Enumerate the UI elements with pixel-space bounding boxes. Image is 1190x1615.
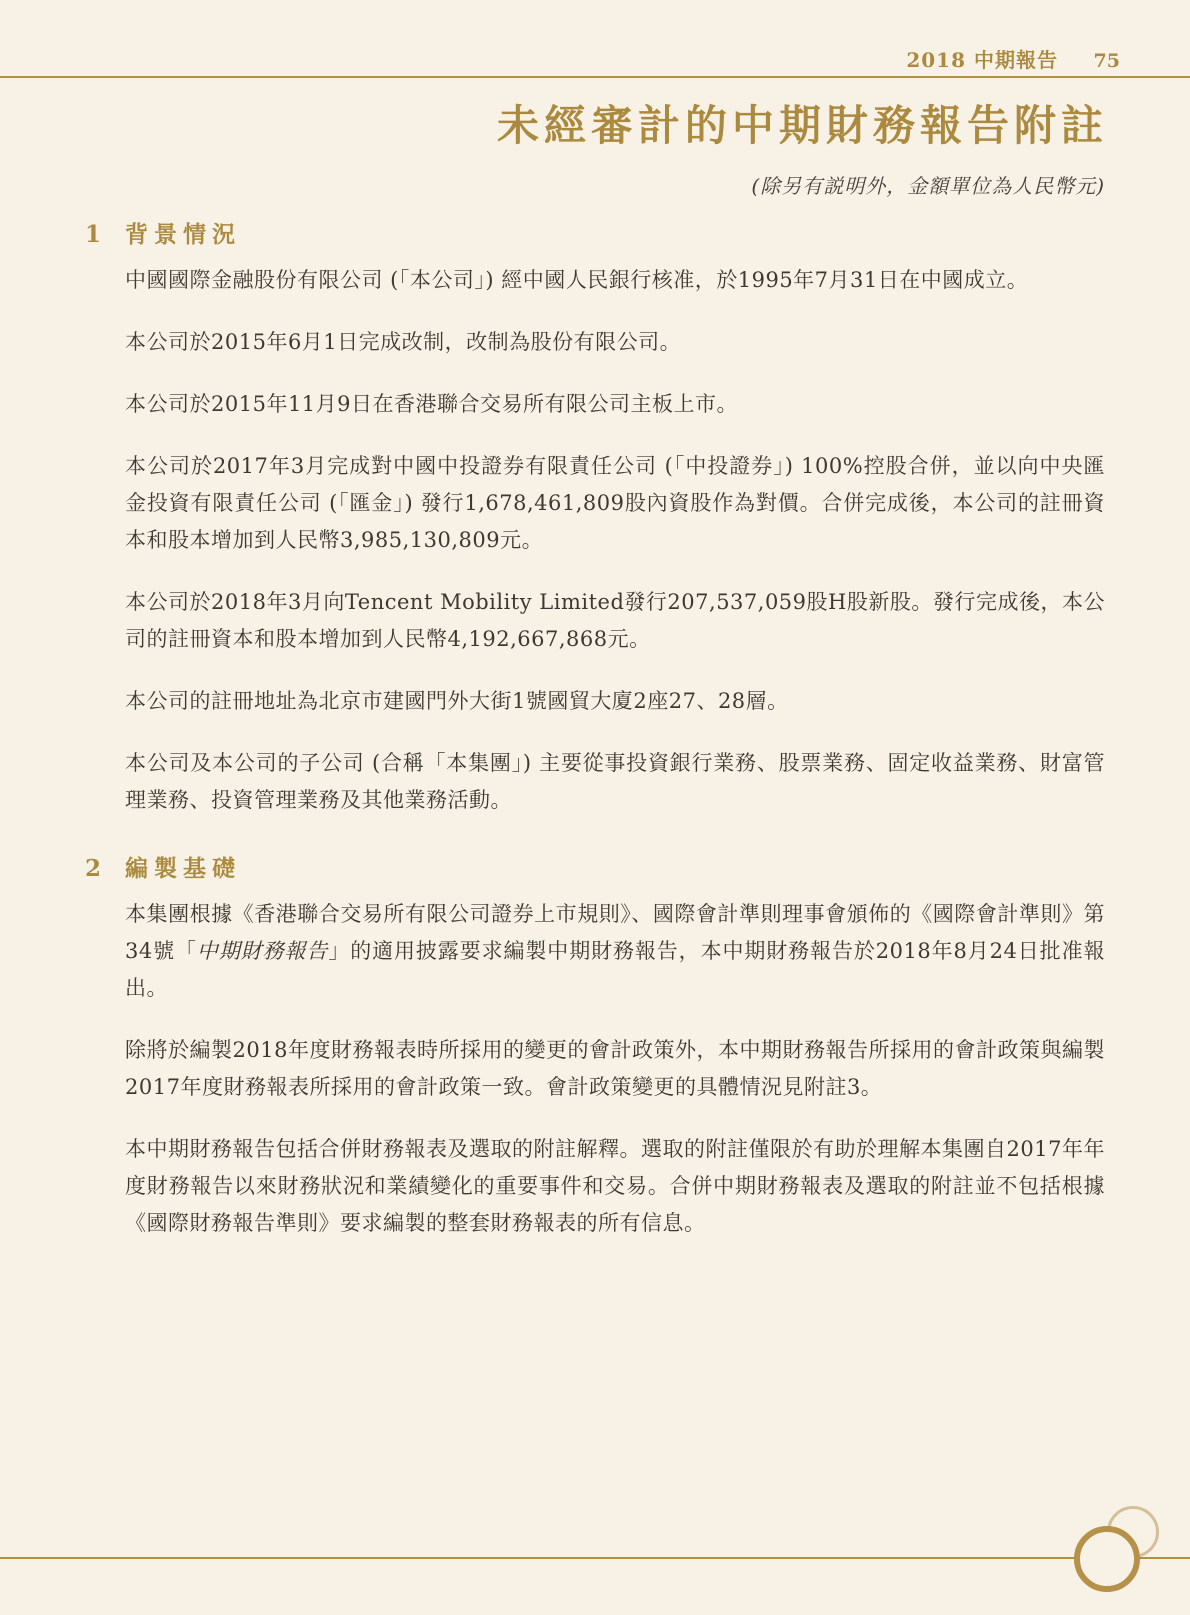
paragraph: 本中期財務報告包括合併財務報表及選取的附註解釋。選取的附註僅限於有助於理解本集團… — [125, 1131, 1105, 1242]
section-heading: 編製基礎 — [125, 850, 241, 883]
section-number: 1 — [85, 221, 125, 248]
document-body: 1 背景情況 中國國際金融股份有限公司 (「本公司」) 經中國人民銀行核准，於1… — [85, 216, 1105, 1273]
report-section: 2 編製基礎 本集團根據《香港聯合交易所有限公司證券上市規則》、國際會計準則理事… — [85, 850, 1105, 1242]
section-number: 2 — [85, 855, 125, 882]
paragraph: 除將於編製2018年度財務報表時所採用的變更的會計政策外，本中期財務報告所採用的… — [125, 1032, 1105, 1106]
interim-report-page: 2018 中期報告 75 未經審計的中期財務報告附註 (除另有説明外，金額單位為… — [0, 0, 1190, 1615]
section-heading: 背景情況 — [125, 216, 241, 249]
paragraph: 本公司於2015年11月9日在香港聯合交易所有限公司主板上市。 — [125, 386, 1105, 423]
header-rule — [0, 76, 1190, 78]
paragraph: 本公司及本公司的子公司 (合稱「本集團」) 主要從事投資銀行業務、股票業務、固定… — [125, 745, 1105, 819]
paragraph: 本集團根據《香港聯合交易所有限公司證券上市規則》、國際會計準則理事會頒佈的《國際… — [125, 896, 1105, 1007]
paragraph: 本公司於2017年3月完成對中國中投證券有限責任公司 (「中投證券」) 100%… — [125, 448, 1105, 559]
paragraph: 本公司的註冊地址為北京市建國門外大街1號國貿大廈2座27、28層。 — [125, 683, 1105, 720]
page-header: 2018 中期報告 75 — [906, 44, 1120, 73]
document-title: 未經審計的中期財務報告附註 — [497, 93, 1108, 153]
paragraph: 本公司於2018年3月向Tencent Mobility Limited發行20… — [125, 584, 1105, 658]
paragraph: 本公司於2015年6月1日完成改制，改制為股份有限公司。 — [125, 324, 1105, 361]
paragraph-run-italic: 中期財務報告 — [197, 939, 328, 963]
paragraph: 中國國際金融股份有限公司 (「本公司」) 經中國人民銀行核准，於1995年7月3… — [125, 262, 1105, 299]
section-head: 1 背景情況 — [85, 216, 1105, 249]
document-subtitle: (除另有説明外，金額單位為人民幣元) — [751, 170, 1105, 199]
decorative-ring-large-icon — [1074, 1526, 1140, 1592]
report-section: 1 背景情況 中國國際金融股份有限公司 (「本公司」) 經中國人民銀行核准，於1… — [85, 216, 1105, 819]
section-paragraphs: 本集團根據《香港聯合交易所有限公司證券上市規則》、國際會計準則理事會頒佈的《國際… — [125, 896, 1105, 1242]
page-number: 75 — [1094, 50, 1120, 72]
footer-rule — [0, 1557, 1190, 1559]
section-paragraphs: 中國國際金融股份有限公司 (「本公司」) 經中國人民銀行核准，於1995年7月3… — [125, 262, 1105, 819]
section-head: 2 編製基礎 — [85, 850, 1105, 883]
report-edition-label: 2018 中期報告 — [906, 48, 1058, 72]
